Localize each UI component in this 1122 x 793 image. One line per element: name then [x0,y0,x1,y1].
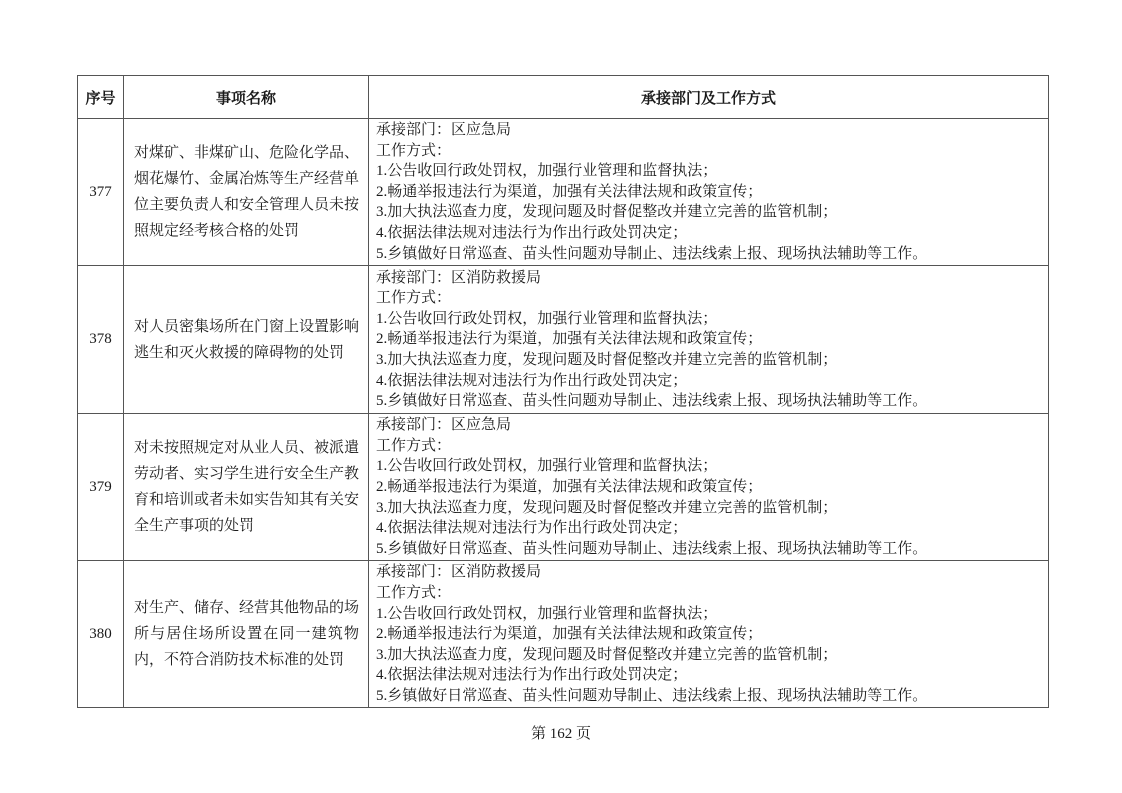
table-row: 378 对人员密集场所在门窗上设置影响逃生和灭火救援的障碍物的处罚 承接部门：区… [78,266,1049,414]
department-line: 承接部门：区应急局 [376,120,1040,141]
col-header-department-method: 承接部门及工作方式 [369,76,1049,119]
row-index: 380 [78,561,124,708]
item-detail: 承接部门：区消防救援局 工作方式： 1.公告收回行政处罚权，加强行业管理和监督执… [369,561,1049,708]
method-item: 5.乡镇做好日常巡查、苗头性问题劝导制止、违法线索上报、现场执法辅助等工作。 [376,539,1040,560]
document-page: 序号 事项名称 承接部门及工作方式 377 对煤矿、非煤矿山、危险化学品、烟花爆… [0,0,1122,793]
table-row: 380 对生产、储存、经营其他物品的场所与居住场所设置在同一建筑物内，不符合消防… [78,561,1049,708]
method-item: 2.畅通举报违法行为渠道，加强有关法律法规和政策宣传； [376,329,1040,350]
method-item: 1.公告收回行政处罚权，加强行业管理和监督执法； [376,604,1040,625]
page-number: 第 162 页 [0,722,1122,743]
item-name: 对生产、储存、经营其他物品的场所与居住场所设置在同一建筑物内，不符合消防技术标准… [124,561,369,708]
method-item: 3.加大执法巡查力度，发现问题及时督促整改并建立完善的监管机制； [376,498,1040,519]
method-label: 工作方式： [376,436,1040,457]
department-label: 承接部门： [376,417,451,433]
method-item: 3.加大执法巡查力度，发现问题及时督促整改并建立完善的监管机制； [376,350,1040,371]
department-label: 承接部门： [376,122,451,138]
item-name: 对煤矿、非煤矿山、危险化学品、烟花爆竹、金属冶炼等生产经营单位主要负责人和安全管… [124,119,369,266]
item-name: 对未按照规定对从业人员、被派遣劳动者、实习学生进行安全生产教育和培训或者未如实告… [124,414,369,561]
method-item: 5.乡镇做好日常巡查、苗头性问题劝导制止、违法线索上报、现场执法辅助等工作。 [376,391,1040,412]
item-detail: 承接部门：区应急局 工作方式： 1.公告收回行政处罚权，加强行业管理和监督执法；… [369,414,1049,561]
row-index: 379 [78,414,124,561]
method-item: 2.畅通举报违法行为渠道，加强有关法律法规和政策宣传； [376,477,1040,498]
method-item: 4.依据法律法规对违法行为作出行政处罚决定； [376,518,1040,539]
row-index: 378 [78,266,124,414]
table-row: 377 对煤矿、非煤矿山、危险化学品、烟花爆竹、金属冶炼等生产经营单位主要负责人… [78,119,1049,266]
department-line: 承接部门：区应急局 [376,415,1040,436]
method-label: 工作方式： [376,141,1040,162]
department-value: 区应急局 [451,417,511,433]
method-item: 2.畅通举报违法行为渠道，加强有关法律法规和政策宣传； [376,624,1040,645]
method-label: 工作方式： [376,583,1040,604]
method-item: 2.畅通举报违法行为渠道，加强有关法律法规和政策宣传； [376,182,1040,203]
item-detail: 承接部门：区应急局 工作方式： 1.公告收回行政处罚权，加强行业管理和监督执法；… [369,119,1049,266]
method-item: 1.公告收回行政处罚权，加强行业管理和监督执法； [376,309,1040,330]
method-item: 5.乡镇做好日常巡查、苗头性问题劝导制止、违法线索上报、现场执法辅助等工作。 [376,686,1040,707]
method-item: 3.加大执法巡查力度，发现问题及时督促整改并建立完善的监管机制； [376,202,1040,223]
department-line: 承接部门：区消防救援局 [376,268,1040,289]
method-item: 4.依据法律法规对违法行为作出行政处罚决定； [376,371,1040,392]
method-label: 工作方式： [376,288,1040,309]
department-value: 区消防救援局 [451,564,541,580]
table-row: 379 对未按照规定对从业人员、被派遣劳动者、实习学生进行安全生产教育和培训或者… [78,414,1049,561]
method-item: 4.依据法律法规对违法行为作出行政处罚决定； [376,665,1040,686]
method-item: 3.加大执法巡查力度，发现问题及时督促整改并建立完善的监管机制； [376,645,1040,666]
header-row: 序号 事项名称 承接部门及工作方式 [78,76,1049,119]
method-item: 1.公告收回行政处罚权，加强行业管理和监督执法； [376,161,1040,182]
row-index: 377 [78,119,124,266]
department-label: 承接部门： [376,270,451,286]
method-item: 1.公告收回行政处罚权，加强行业管理和监督执法； [376,456,1040,477]
items-table: 序号 事项名称 承接部门及工作方式 377 对煤矿、非煤矿山、危险化学品、烟花爆… [77,75,1049,708]
department-value: 区消防救援局 [451,270,541,286]
col-header-item-name: 事项名称 [124,76,369,119]
item-name: 对人员密集场所在门窗上设置影响逃生和灭火救援的障碍物的处罚 [124,266,369,414]
method-item: 4.依据法律法规对违法行为作出行政处罚决定； [376,223,1040,244]
item-detail: 承接部门：区消防救援局 工作方式： 1.公告收回行政处罚权，加强行业管理和监督执… [369,266,1049,414]
department-line: 承接部门：区消防救援局 [376,562,1040,583]
department-label: 承接部门： [376,564,451,580]
method-item: 5.乡镇做好日常巡查、苗头性问题劝导制止、违法线索上报、现场执法辅助等工作。 [376,244,1040,265]
col-header-index: 序号 [78,76,124,119]
department-value: 区应急局 [451,122,511,138]
